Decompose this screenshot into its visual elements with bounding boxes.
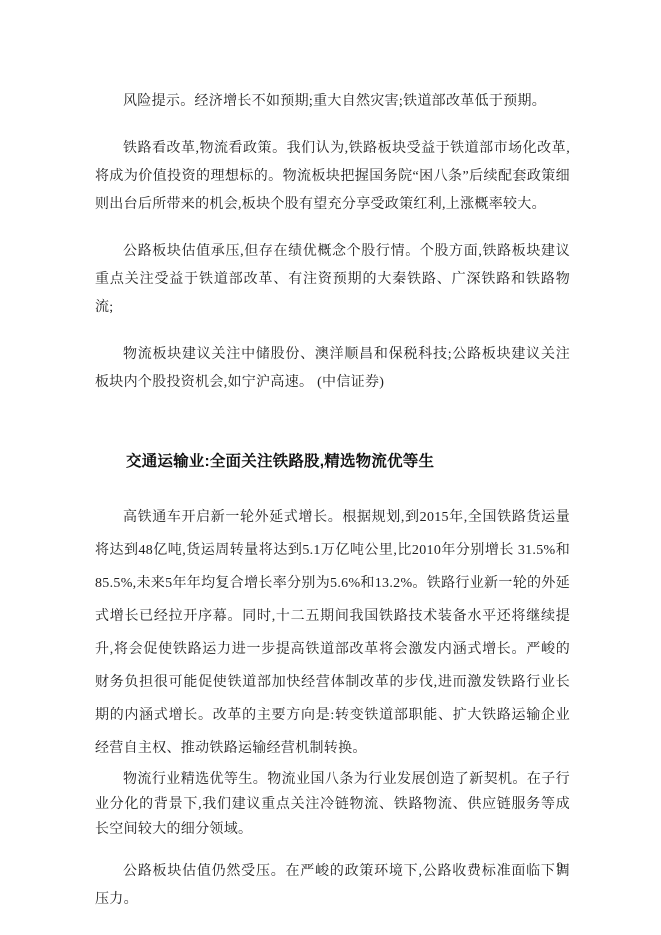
paragraph-logistics-stock-picks: 物流板块建议关注中储股份、澳洋顺昌和保税科技;公路板块建议关注板块内个股投资机会… [95, 341, 570, 397]
paragraph-risk-warning: 风险提示。经济增长不如预期;重大自然灾害;铁道部改革低于预期。 [95, 88, 570, 116]
paragraph-highway-valuation-stock-picks: 公路板块估值承压,但存在绩优概念个股行情。个股方面,铁路板块建议重点关注受益于铁… [95, 238, 570, 322]
paragraph-railway-reform-logistics-policy: 铁路看改革,物流看政策。我们认为,铁路板块受益于铁道部市场化改革,将成为价值投资… [95, 135, 570, 219]
page-number: 9 [557, 860, 563, 875]
section-heading-transport-industry: 交通运输业:全面关注铁路股,精选物流优等生 [95, 449, 570, 471]
paragraph-hsr-extension-growth: 高铁通车开启新一轮外延式增长。根据规划,到2015年,全国铁路货运量将达到48亿… [95, 501, 570, 765]
section-report-summary: 风险提示。经济增长不如预期;重大自然灾害;铁道部改革低于预期。 铁路看改革,物流… [95, 88, 570, 397]
paragraph-highway-valuation-pressure: 公路板块估值仍然受压。在严峻的政策环境下,公路收费标准面临下调压力。 [95, 858, 570, 914]
section-transport-analysis: 高铁通车开启新一轮外延式增长。根据规划,到2015年,全国铁路货运量将达到48亿… [95, 501, 570, 914]
paragraph-logistics-top-performers: 物流行业精选优等生。物流业国八条为行业发展创造了新契机。在子行业分化的背景下,我… [95, 767, 570, 842]
document-page: 风险提示。经济增长不如预期;重大自然灾害;铁道部改革低于预期。 铁路看改革,物流… [0, 0, 661, 935]
